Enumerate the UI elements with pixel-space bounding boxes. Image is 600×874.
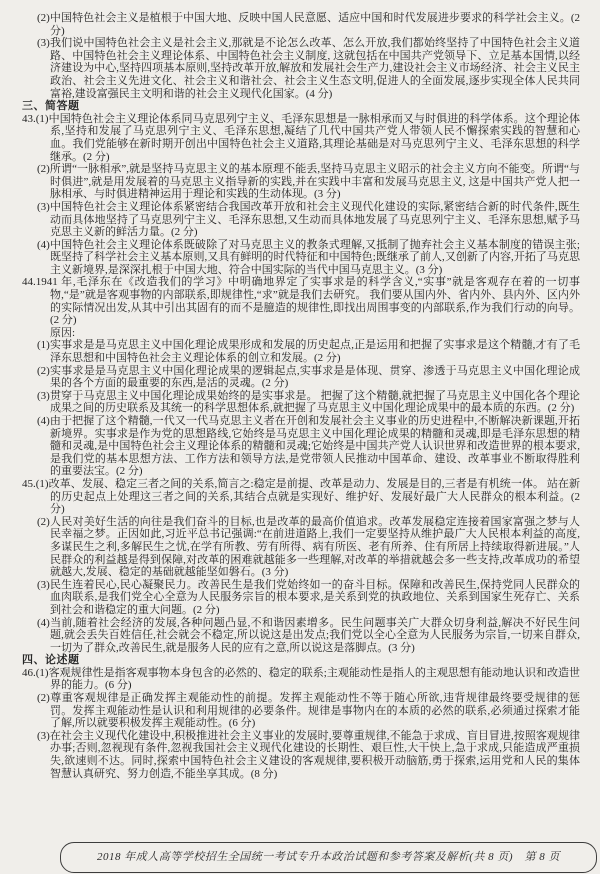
answer-paragraph: (3)我们说中国特色社会主义是社会主义,那就是不论怎么改革、怎么开放,我们都始终… — [22, 37, 580, 100]
answer-paragraph: (2)尊重客观规律是正确发挥主观能动性的前提。发挥主观能动性不等于随心所欲,违背… — [22, 692, 580, 730]
answer-paragraph: (4)由于把握了这个精髓,一代又一代马克思主义者在开创和发展社会主义事业的历史进… — [22, 415, 580, 478]
footer-exam-title: 2018 年成人高等学校招生全国统一考试专升本政治试题和参考答案及解析(共 8 … — [97, 851, 560, 864]
scanned-answer-page: (2)中国特色社会主义是植根于中国大地、反映中国人民意愿、适应中国和时代发展进步… — [0, 0, 600, 874]
answer-paragraph: (3)中国特色社会主义理论体系紧密结合我国改革开放和社会主义现代化建设的实际,紧… — [22, 201, 580, 239]
section-heading-short-answer: 三、简答题 — [22, 100, 580, 113]
reason-label: 原因: — [22, 327, 580, 340]
answer-paragraph: (2)人民对美好生活的向往是我们奋斗的目标,也是改革的最高价值追求。改革发展稳定… — [22, 516, 580, 579]
answer-paragraph: (2)实事求是是马克思主义中国化理论成果的逻辑起点,实事求是是体现、贯穿、渗透于… — [22, 365, 580, 390]
answer-paragraph: (3)民生连着民心,民心凝聚民力。改善民生是我们党始终如一的奋斗目标。保障和改善… — [22, 579, 580, 617]
answer-paragraph: (4)当前,随着社会经济的发展,各种问题凸显,不和谐因素增多。民生问题事关广大群… — [22, 617, 580, 655]
answer-paragraph: (3)在社会主义现代化建设中,积极推进社会主义事业的发展时,要尊重规律,不能急于… — [22, 730, 580, 780]
answer-paragraph: (2)中国特色社会主义是植根于中国大地、反映中国人民意愿、适应中国和时代发展进步… — [22, 12, 580, 37]
answer-paragraph: 43.(1)中国特色社会主义理论体系同马克思列宁主义、毛泽东思想是一脉相承而又与… — [22, 113, 580, 163]
answer-paragraph: (2)所谓“一脉相承”,就是坚持马克思主义的基本原理不能丢,坚持马克思主义昭示的… — [22, 163, 580, 201]
footer-title-box: 2018 年成人高等学校招生全国统一考试专升本政治试题和参考答案及解析(共 8 … — [60, 842, 597, 873]
answer-paragraph: (1)实事求是是马克思主义中国化理论成果形成和发展的历史起点,正是运用和把握了实… — [22, 339, 580, 364]
answer-paragraph: (4)中国特色社会主义理论体系既破除了对马克思主义的教条式理解,又抵制了抛弃社会… — [22, 239, 580, 277]
answer-paragraph: 46.(1)客观规律性是指客观事物本身包含的必然的、稳定的联系;主观能动性是指人… — [22, 667, 580, 692]
section-heading-essay: 四、论述题 — [22, 654, 580, 667]
answer-paragraph: 44.1941 年,毛泽东在《改造我们的学习》中明确地界定了实事求是的科学含义,… — [22, 276, 580, 326]
answer-paragraph: (3)贯穿于马克思主义中国化理论成果始终的是实事求是。 把握了这个精髓,就把握了… — [22, 390, 580, 415]
answer-paragraph: 45.(1)改革、发展、稳定三者之间的关系,简言之:稳定是前提、改革是动力、发展… — [22, 478, 580, 516]
